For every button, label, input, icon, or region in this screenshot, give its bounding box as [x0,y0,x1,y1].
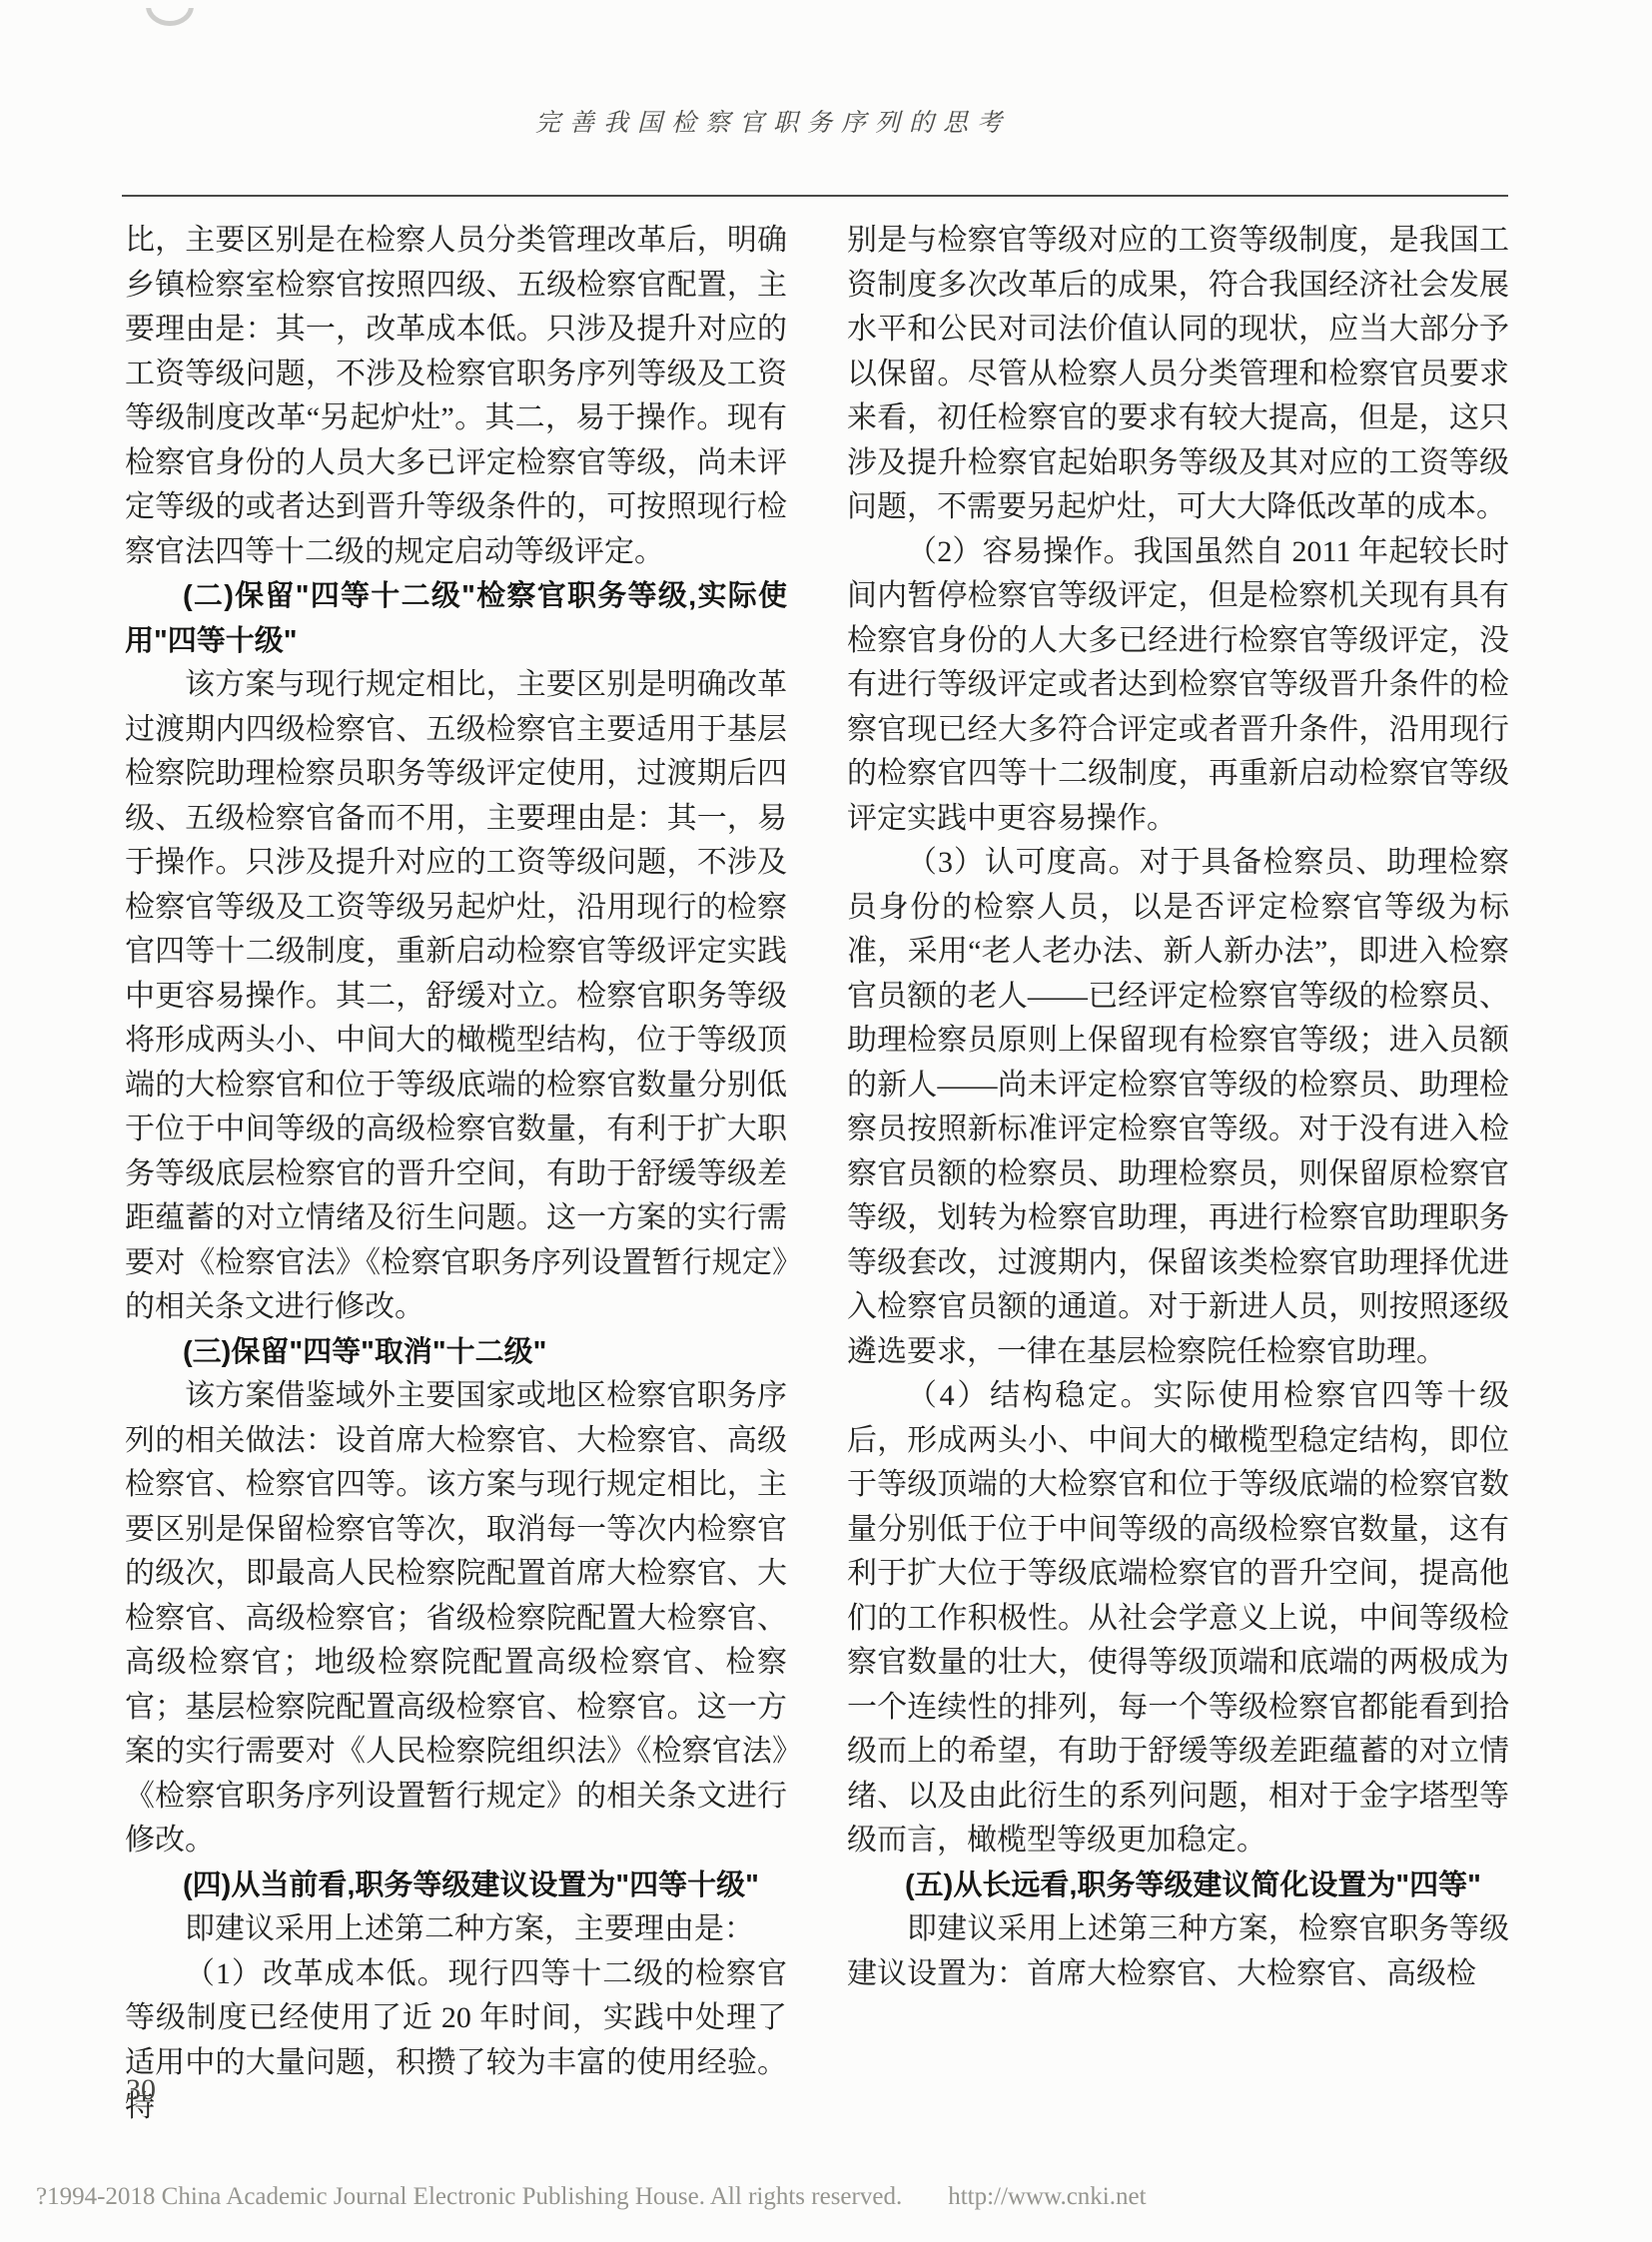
page-footer: ?1994-2018 China Academic Journal Electr… [36,2183,1147,2211]
scanned-document-page: 完善我国检察官职务序列的思考 比，主要区别是在检察人员分类管理改革后，明确乡镇检… [0,0,1652,2242]
text-column-right: 别是与检察官等级对应的工资等级制度，是我国工资制度多次改革后的成果，符合我国经济… [847,219,1509,1996]
section-heading: (三)保留"四等"取消"十二级" [125,1330,787,1375]
paragraph: （1）改革成本低。现行四等十二级的检察官等级制度已经使用了近 20 年时间，实践… [125,1952,787,2130]
text-column-left: 比，主要区别是在检察人员分类管理改革后，明确乡镇检察室检察官按照四级、五级检察官… [125,219,787,2130]
scan-artifact-mark [146,0,194,26]
paragraph: 别是与检察官等级对应的工资等级制度，是我国工资制度多次改革后的成果，符合我国经济… [847,219,1509,530]
footer-url: http://www.cnki.net [948,2183,1146,2211]
running-head-title: 完善我国检察官职务序列的思考 [122,103,1508,139]
footer-copyright: ?1994-2018 China Academic Journal Electr… [36,2183,902,2211]
page-number: 30 [126,2073,156,2107]
paragraph: 即建议采用上述第二种方案，主要理由是： [125,1907,787,1952]
section-heading: (四)从当前看,职务等级建议设置为"四等十级" [125,1864,787,1908]
paragraph: （3）认可度高。对于具备检察员、助理检察员身份的检察人员，以是否评定检察官等级为… [847,841,1509,1374]
paragraph: （2）容易操作。我国虽然自 2011 年起较长时间内暂停检察官等级评定，但是检察… [847,530,1509,842]
paragraph: 该方案借鉴域外主要国家或地区检察官职务序列的相关做法：设首席大检察官、大检察官、… [125,1374,787,1864]
paragraph: 即建议采用上述第三种方案，检察官职务等级建议设置为：首席大检察官、大检察官、高级… [847,1907,1509,1996]
section-heading: (五)从长远看,职务等级建议简化设置为"四等" [847,1864,1509,1908]
section-heading: (二)保留"四等十二级"检察官职务等级,实际使用"四等十级" [125,574,787,663]
header-rule [122,195,1508,197]
paragraph: 该方案与现行规定相比，主要区别是明确改革过渡期内四级检察官、五级检察官主要适用于… [125,663,787,1330]
paragraph: 比，主要区别是在检察人员分类管理改革后，明确乡镇检察室检察官按照四级、五级检察官… [125,219,787,574]
paragraph: （4）结构稳定。实际使用检察官四等十级后，形成两头小、中间大的橄榄型稳定结构，即… [847,1374,1509,1864]
